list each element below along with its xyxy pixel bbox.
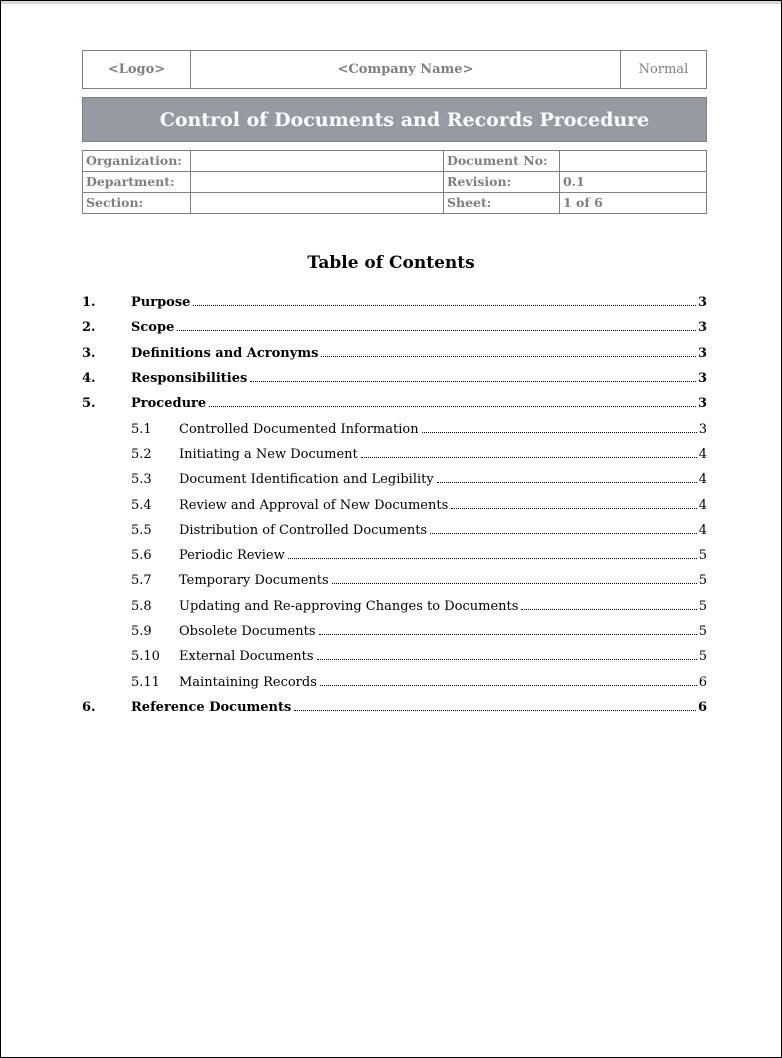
toc-entry-label: Reference Documents: [131, 700, 294, 715]
toc-entry-label: Obsolete Documents: [179, 624, 319, 639]
toc-dot-leader: [422, 432, 697, 433]
toc-entry-label: Distribution of Controlled Documents: [179, 523, 430, 538]
toc-entry-link[interactable]: Temporary Documents5: [179, 573, 707, 588]
toc-entry-page: 5: [697, 599, 707, 614]
toc-entry-page: 3: [696, 396, 707, 411]
toc-entry-link[interactable]: Periodic Review5: [179, 548, 707, 563]
toc-title: Table of Contents: [0, 253, 782, 273]
page-top-strip: [1, 1, 781, 4]
toc-entry[interactable]: 6.Reference Documents6: [82, 695, 707, 720]
toc-entry-page: 4: [697, 523, 707, 538]
toc-entry[interactable]: 5.7Temporary Documents5: [82, 568, 707, 593]
toc-entry-number: 5.9: [131, 624, 171, 639]
toc-entry-number: 5.5: [131, 523, 171, 538]
toc-entry-number: 5.10: [131, 649, 171, 664]
toc-entry-number: 3.: [82, 346, 122, 361]
toc-entry-label: Maintaining Records: [179, 675, 320, 690]
toc-entry-link[interactable]: Scope3: [131, 320, 707, 335]
meta-label: Department:: [83, 172, 191, 193]
toc-dot-leader: [332, 583, 697, 584]
toc-dot-leader: [250, 381, 696, 382]
toc-entry-label: Document Identification and Legibility: [179, 472, 437, 487]
toc-entry[interactable]: 5.9Obsolete Documents5: [82, 619, 707, 644]
toc-entry-page: 4: [697, 498, 707, 513]
toc-dot-leader: [430, 533, 697, 534]
toc-entry-page: 3: [696, 320, 707, 335]
toc-entry-label: Temporary Documents: [179, 573, 332, 588]
toc-entry-number: 5.11: [131, 675, 171, 690]
toc-entry[interactable]: 5.5Distribution of Controlled Documents4: [82, 518, 707, 543]
toc-entry-page: 5: [697, 624, 707, 639]
toc-entry-number: 4.: [82, 371, 122, 386]
toc-entry-page: 6: [696, 700, 707, 715]
toc-entry-page: 4: [697, 472, 707, 487]
meta-label: Organization:: [83, 151, 191, 172]
toc-entry-label: Responsibilities: [131, 371, 250, 386]
toc-entry[interactable]: 1.Purpose3: [82, 290, 707, 315]
meta-label: Revision:: [444, 172, 560, 193]
toc-dot-leader: [294, 710, 696, 711]
toc-entry-page: 5: [697, 548, 707, 563]
toc-entry-number: 5.2: [131, 447, 171, 462]
toc-dot-leader: [320, 685, 697, 686]
toc-entry-page: 3: [696, 346, 707, 361]
toc-entry-link[interactable]: Reference Documents6: [131, 700, 707, 715]
toc-entry[interactable]: 4.Responsibilities3: [82, 366, 707, 391]
meta-value: [560, 151, 707, 172]
document-meta-table: Organization: Document No: Department: R…: [82, 150, 707, 214]
toc-entry-number: 2.: [82, 320, 122, 335]
toc-entry-page: 6: [697, 675, 707, 690]
toc-entry-link[interactable]: Distribution of Controlled Documents4: [179, 523, 707, 538]
toc-entry-number: 5.3: [131, 472, 171, 487]
toc-entry-label: Controlled Documented Information: [179, 422, 422, 437]
toc-dot-leader: [451, 508, 696, 509]
meta-row: Department: Revision: 0.1: [83, 172, 707, 193]
table-of-contents: 1.Purpose32.Scope33.Definitions and Acro…: [82, 290, 707, 720]
toc-entry[interactable]: 5.11Maintaining Records6: [82, 669, 707, 694]
meta-label: Sheet:: [444, 193, 560, 214]
toc-dot-leader: [193, 305, 696, 306]
classification-label: Normal: [621, 51, 707, 89]
toc-entry-label: External Documents: [179, 649, 317, 664]
toc-dot-leader: [321, 356, 696, 357]
toc-entry-link[interactable]: Controlled Documented Information3: [179, 422, 707, 437]
meta-value: [191, 172, 444, 193]
toc-dot-leader: [288, 558, 697, 559]
document-title-bar: Control of Documents and Records Procedu…: [82, 97, 707, 142]
toc-entry[interactable]: 5.3Document Identification and Legibilit…: [82, 467, 707, 492]
toc-dot-leader: [521, 609, 696, 610]
toc-entry-label: Scope: [131, 320, 177, 335]
meta-label: Document No:: [444, 151, 560, 172]
toc-dot-leader: [361, 457, 697, 458]
toc-entry-number: 5.1: [131, 422, 171, 437]
toc-entry-link[interactable]: External Documents5: [179, 649, 707, 664]
toc-entry-link[interactable]: Initiating a New Document4: [179, 447, 707, 462]
toc-entry-label: Purpose: [131, 295, 193, 310]
toc-dot-leader: [177, 330, 696, 331]
toc-entry-number: 1.: [82, 295, 122, 310]
document-title: Control of Documents and Records Procedu…: [140, 109, 650, 131]
toc-entry-link[interactable]: Procedure3: [131, 396, 707, 411]
toc-entry-number: 5.7: [131, 573, 171, 588]
toc-entry[interactable]: 5.8Updating and Re-approving Changes to …: [82, 594, 707, 619]
toc-entry-label: Procedure: [131, 396, 209, 411]
toc-entry-label: Updating and Re-approving Changes to Doc…: [179, 599, 521, 614]
toc-entry[interactable]: 5.1Controlled Documented Information3: [82, 416, 707, 441]
meta-row: Section: Sheet: 1 of 6: [83, 193, 707, 214]
toc-entry-link[interactable]: Review and Approval of New Documents4: [179, 498, 707, 513]
toc-entry-number: 6.: [82, 700, 122, 715]
toc-entry[interactable]: 3.Definitions and Acronyms3: [82, 341, 707, 366]
toc-entry-number: 5.4: [131, 498, 171, 513]
toc-dot-leader: [437, 482, 697, 483]
toc-entry-link[interactable]: Responsibilities3: [131, 371, 707, 386]
toc-entry[interactable]: 5.4Review and Approval of New Documents4: [82, 492, 707, 517]
company-name: <Company Name>: [191, 51, 621, 89]
toc-entry-label: Definitions and Acronyms: [131, 346, 321, 361]
toc-entry-number: 5.6: [131, 548, 171, 563]
toc-entry-label: Review and Approval of New Documents: [179, 498, 451, 513]
meta-label: Section:: [83, 193, 191, 214]
toc-entry[interactable]: 2.Scope3: [82, 315, 707, 340]
toc-entry-link[interactable]: Updating and Re-approving Changes to Doc…: [179, 599, 707, 614]
meta-value: 1 of 6: [560, 193, 707, 214]
toc-entry-number: 5.: [82, 396, 122, 411]
toc-entry[interactable]: 5.6Periodic Review5: [82, 543, 707, 568]
logo-placeholder: <Logo>: [83, 51, 191, 89]
toc-entry-link[interactable]: Document Identification and Legibility4: [179, 472, 707, 487]
toc-entry-page: 4: [697, 447, 707, 462]
toc-entry-page: 5: [697, 573, 707, 588]
toc-entry-page: 5: [697, 649, 707, 664]
toc-dot-leader: [319, 634, 697, 635]
toc-entry-label: Initiating a New Document: [179, 447, 361, 462]
meta-value: 0.1: [560, 172, 707, 193]
toc-dot-leader: [317, 659, 697, 660]
toc-entry-link[interactable]: Maintaining Records6: [179, 675, 707, 690]
toc-entry[interactable]: 5.10External Documents5: [82, 644, 707, 669]
toc-entry-link[interactable]: Definitions and Acronyms3: [131, 346, 707, 361]
toc-dot-leader: [209, 406, 696, 407]
meta-value: [191, 151, 444, 172]
document-header-table: <Logo> <Company Name> Normal: [82, 50, 707, 89]
toc-entry-label: Periodic Review: [179, 548, 288, 563]
toc-entry-page: 3: [696, 295, 707, 310]
toc-entry-number: 5.8: [131, 599, 171, 614]
toc-entry-page: 3: [697, 422, 707, 437]
toc-entry-page: 3: [696, 371, 707, 386]
toc-entry[interactable]: 5.Procedure3: [82, 391, 707, 416]
toc-entry-link[interactable]: Purpose3: [131, 295, 707, 310]
meta-value: [191, 193, 444, 214]
toc-entry-link[interactable]: Obsolete Documents5: [179, 624, 707, 639]
meta-row: Organization: Document No:: [83, 151, 707, 172]
toc-entry[interactable]: 5.2Initiating a New Document4: [82, 442, 707, 467]
